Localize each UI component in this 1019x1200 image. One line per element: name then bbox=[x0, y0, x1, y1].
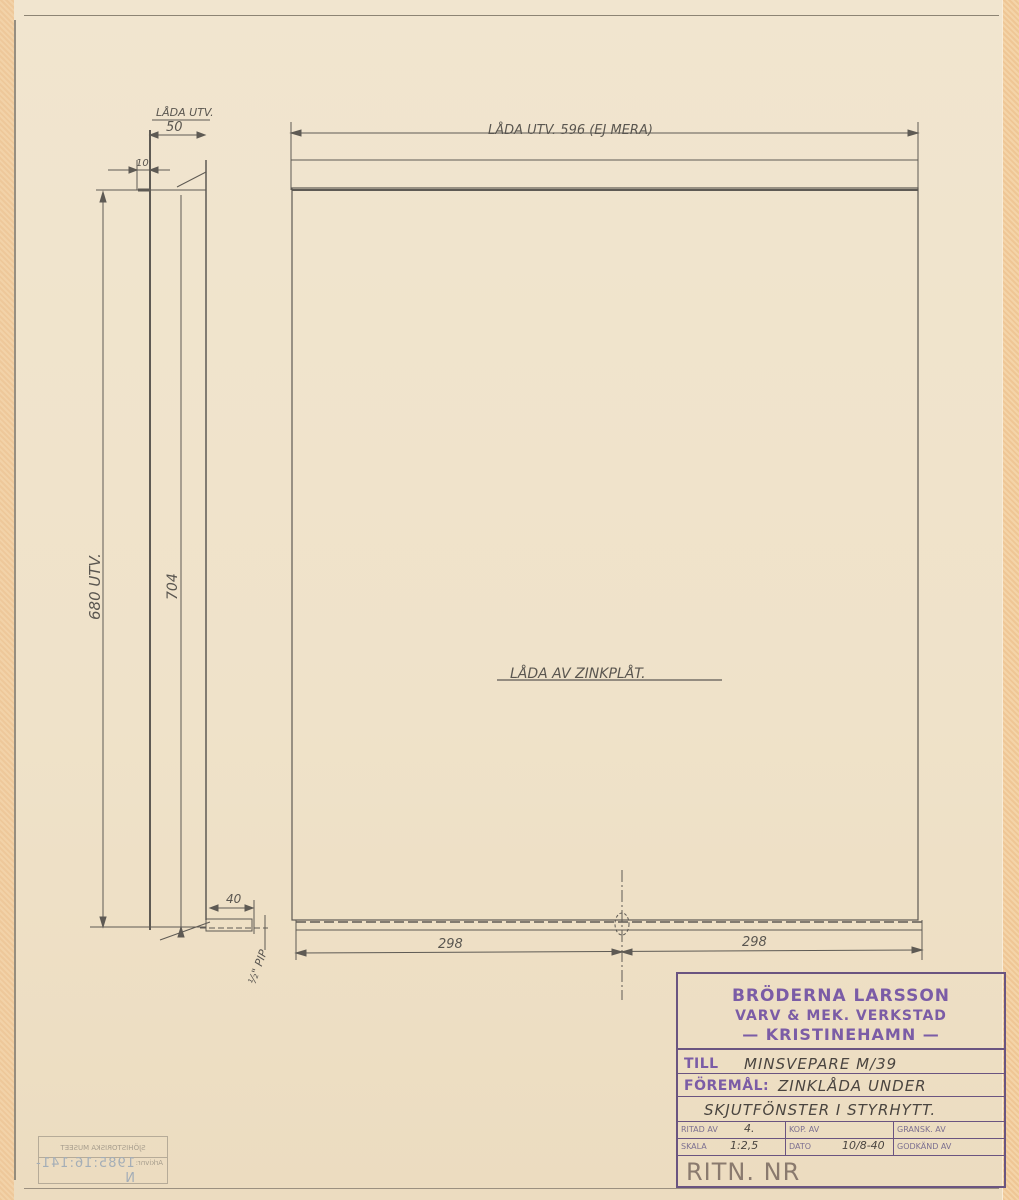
ritn-nr-label: RITN. NR bbox=[686, 1158, 800, 1186]
kop-av-cell: KOP. AV bbox=[786, 1122, 894, 1139]
dim-left-half: 298 bbox=[438, 937, 463, 952]
dim-flange: 10 bbox=[136, 158, 149, 169]
skala-cell: SKALA 1:2,5 bbox=[678, 1139, 786, 1156]
company-city: — KRISTINEHAMN — bbox=[678, 1025, 1004, 1044]
foremal-value-2: SKJUTFÖNSTER I STYRHYTT. bbox=[704, 1101, 936, 1119]
spout-note: ½" PIP bbox=[246, 948, 271, 986]
dato-cell: DATO 10/8-40 bbox=[786, 1139, 894, 1156]
drawing-number-field: RITN. NR bbox=[678, 1156, 1004, 1188]
till-label: TILL bbox=[684, 1056, 719, 1072]
foremal-value: ZINKLÅDA UNDER bbox=[778, 1077, 927, 1095]
dim-side-width: 50 bbox=[166, 120, 183, 135]
arkivnr-label: Arkivnr: bbox=[136, 1159, 163, 1167]
dim-spout: 40 bbox=[226, 892, 242, 906]
title-block: BRÖDERNA LARSSON VARV & MEK. VERKSTAD — … bbox=[676, 972, 1006, 1188]
front-view bbox=[291, 122, 922, 1000]
till-value: MINSVEPARE M/39 bbox=[744, 1055, 897, 1073]
archive-stamp: SJÖHISTORISKA MUSEET Arkivnr: 1985:16:14… bbox=[38, 1136, 168, 1184]
foremal-row-2: SKJUTFÖNSTER I STYRHYTT. bbox=[678, 1097, 1004, 1122]
signature-grid: RITAD AV 4. KOP. AV GRANSK. AV SKALA 1:2… bbox=[678, 1122, 1004, 1156]
dim-right-half: 298 bbox=[742, 935, 767, 950]
ritad-av-value: 4. bbox=[744, 1122, 755, 1135]
foremal-row: FÖREMÅL: ZINKLÅDA UNDER bbox=[678, 1074, 1004, 1097]
company-name: BRÖDERNA LARSSON bbox=[678, 986, 1004, 1006]
dato-value: 10/8-40 bbox=[842, 1139, 885, 1152]
gransk-av-cell: GRANSK. AV bbox=[894, 1122, 1004, 1139]
dim-front-width: LÅDA UTV. 596 (EJ MERA) bbox=[488, 122, 653, 138]
company-stamp: BRÖDERNA LARSSON VARV & MEK. VERKSTAD — … bbox=[678, 974, 1004, 1050]
till-row: TILL MINSVEPARE M/39 bbox=[678, 1052, 1004, 1074]
side-view-label: LÅDA UTV. bbox=[156, 106, 214, 119]
ritad-av-cell: RITAD AV 4. bbox=[678, 1122, 786, 1139]
godkand-av-cell: GODKÄND AV bbox=[894, 1139, 1004, 1156]
foremal-label: FÖREMÅL: bbox=[684, 1078, 769, 1094]
dim-height-outer: 680 UTV. bbox=[86, 553, 104, 620]
arkivnr-value: 1985:16:141-N bbox=[35, 1156, 135, 1186]
front-view-label: LÅDA AV ZINKPLÅT. bbox=[510, 665, 646, 682]
side-view bbox=[90, 130, 268, 950]
company-subtitle: VARV & MEK. VERKSTAD bbox=[678, 1008, 1004, 1024]
skala-value: 1:2,5 bbox=[730, 1139, 758, 1152]
dim-height-inner: 704 bbox=[165, 573, 181, 600]
